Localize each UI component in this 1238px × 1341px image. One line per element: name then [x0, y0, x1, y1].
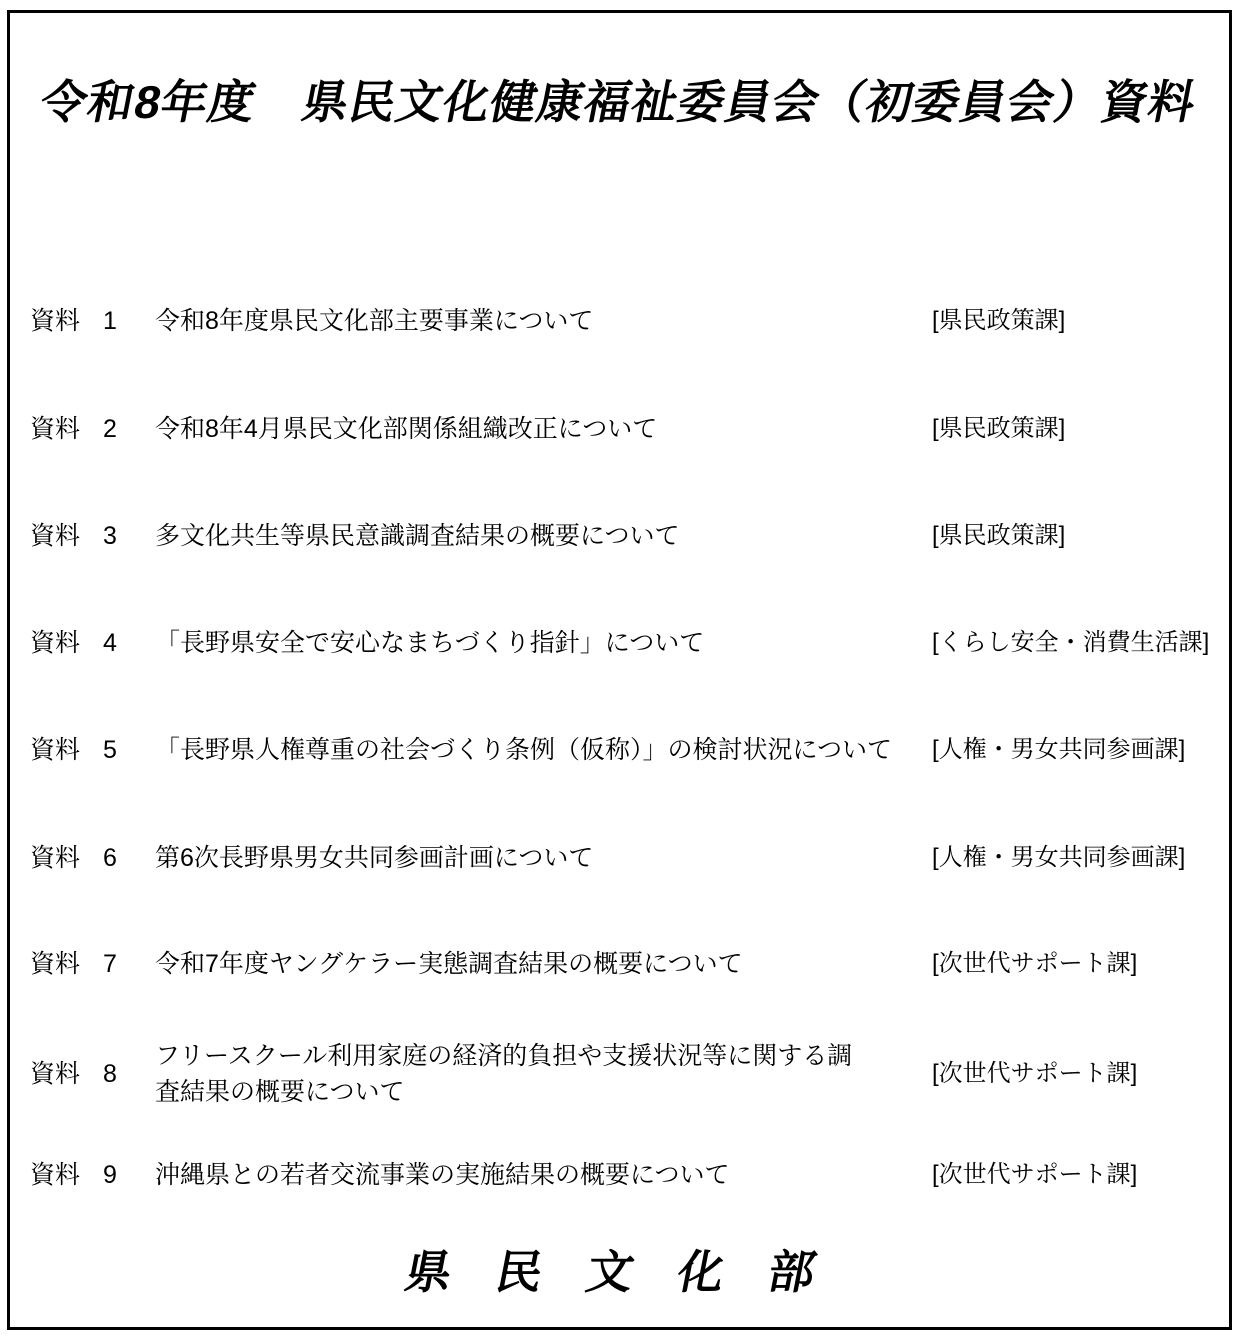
- item-title: 「長野県安全で安心なまちづくり指針」について: [155, 625, 932, 661]
- list-item: 資料 8 フリースクール利用家庭の経済的負担や支援状況等に関する調 査結果の概要…: [30, 1034, 1222, 1114]
- item-label-text: 資料: [30, 625, 80, 661]
- item-number: 6: [103, 840, 117, 876]
- document-page: 令和8年度 県民文化健康福祉委員会（初委員会）資料 資料 1 令和8年度県民文化…: [0, 0, 1238, 1341]
- item-number: 1: [103, 303, 117, 339]
- item-label-text: 資料: [30, 840, 80, 876]
- item-department: [県民政策課]: [932, 518, 1222, 554]
- list-item: 資料 1 令和8年度県民文化部主要事業について [県民政策課]: [30, 285, 1222, 357]
- item-department: [次世代サポート課]: [932, 1157, 1222, 1193]
- item-number: 3: [103, 518, 117, 554]
- item-number: 5: [103, 732, 117, 768]
- department-signature: 県 民 文 化 部: [0, 1236, 1238, 1302]
- item-label: 資料 6: [30, 840, 155, 876]
- item-title: 令和7年度ヤングケラー実態調査結果の概要について: [155, 946, 932, 982]
- item-number: 8: [103, 1056, 117, 1092]
- item-label: 資料 4: [30, 625, 155, 661]
- list-item: 資料 4 「長野県安全で安心なまちづくり指針」について [くらし安全・消費生活課…: [30, 607, 1222, 679]
- item-title: 令和8年4月県民文化部関係組織改正について: [155, 411, 932, 447]
- item-number: 2: [103, 411, 117, 447]
- item-title: フリースクール利用家庭の経済的負担や支援状況等に関する調 査結果の概要について: [155, 1038, 932, 1110]
- item-department: [県民政策課]: [932, 303, 1222, 339]
- item-label-text: 資料: [30, 518, 80, 554]
- item-label: 資料 2: [30, 411, 155, 447]
- item-department: [くらし安全・消費生活課]: [932, 625, 1222, 661]
- item-number: 7: [103, 946, 117, 982]
- item-department: [人権・男女共同参画課]: [932, 732, 1222, 768]
- item-label: 資料 7: [30, 946, 155, 982]
- item-title: 多文化共生等県民意識調査結果の概要について: [155, 518, 932, 554]
- item-label: 資料 1: [30, 303, 155, 339]
- item-department: [県民政策課]: [932, 411, 1222, 447]
- agenda-list: 資料 1 令和8年度県民文化部主要事業について [県民政策課] 資料 2 令和8…: [30, 0, 1222, 1341]
- list-item: 資料 2 令和8年4月県民文化部関係組織改正について [県民政策課]: [30, 393, 1222, 465]
- item-label: 資料 9: [30, 1157, 155, 1193]
- item-label: 資料 8: [30, 1056, 155, 1092]
- item-label-text: 資料: [30, 946, 80, 982]
- item-department: [人権・男女共同参画課]: [932, 840, 1222, 876]
- item-number: 4: [103, 625, 117, 661]
- item-title: 第6次長野県男女共同参画計画について: [155, 840, 932, 876]
- item-label-text: 資料: [30, 1157, 80, 1193]
- item-department: [次世代サポート課]: [932, 1056, 1222, 1092]
- list-item: 資料 3 多文化共生等県民意識調査結果の概要について [県民政策課]: [30, 500, 1222, 572]
- list-item: 資料 9 沖縄県との若者交流事業の実施結果の概要について [次世代サポート課]: [30, 1139, 1222, 1211]
- list-item: 資料 5 「長野県人権尊重の社会づくり条例（仮称）」の検討状況について [人権・…: [30, 714, 1222, 786]
- item-department: [次世代サポート課]: [932, 946, 1222, 982]
- item-label: 資料 3: [30, 518, 155, 554]
- item-label-text: 資料: [30, 732, 80, 768]
- item-title: 「長野県人権尊重の社会づくり条例（仮称）」の検討状況について: [155, 732, 932, 768]
- item-label: 資料 5: [30, 732, 155, 768]
- list-item: 資料 6 第6次長野県男女共同参画計画について [人権・男女共同参画課]: [30, 822, 1222, 894]
- item-label-text: 資料: [30, 411, 80, 447]
- item-title: 令和8年度県民文化部主要事業について: [155, 303, 932, 339]
- item-title: 沖縄県との若者交流事業の実施結果の概要について: [155, 1157, 932, 1193]
- list-item: 資料 7 令和7年度ヤングケラー実態調査結果の概要について [次世代サポート課]: [30, 928, 1222, 1000]
- item-label-text: 資料: [30, 303, 80, 339]
- item-label-text: 資料: [30, 1056, 80, 1092]
- item-number: 9: [103, 1157, 117, 1193]
